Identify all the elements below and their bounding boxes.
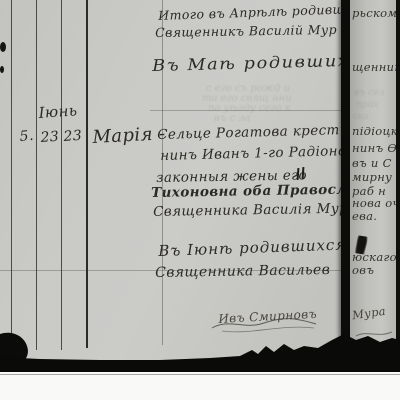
- right-page: рьскомъ п щенникъ въ сел прих ска підіоц…: [350, 0, 396, 372]
- june-heading: Въ Іюнѣ родившихся В: [158, 235, 343, 260]
- entry-text-line: Священника Василія Мурз: [153, 200, 343, 220]
- may-heading: Въ Маѣ родившихся: [152, 50, 343, 75]
- entry-text-line: Сельце Рогатова кресть: [157, 122, 343, 143]
- scanner-seam-line: [0, 374, 400, 375]
- column-rule-1: [11, 0, 12, 352]
- right-text-fragment: щенникъ: [352, 60, 396, 74]
- column-rule-4: [86, 0, 88, 348]
- right-text-fragment: нова оч: [352, 196, 396, 210]
- right-text-fragment: підіоцкій: [352, 124, 396, 138]
- edge-speck: [0, 66, 4, 73]
- book-gutter-shadow: [341, 0, 350, 372]
- metrical-book-scan: с его съ рожд и та его свящ нни по уѣзду…: [0, 0, 400, 400]
- right-text-fragment: въ и С: [352, 156, 392, 170]
- left-page: с его съ рожд и та его свящ нни по уѣзду…: [0, 0, 343, 372]
- right-text-fragment: ева.: [352, 209, 377, 223]
- entry-number-cell: 5.: [19, 128, 35, 145]
- scan-bottom-edge-band: [0, 328, 400, 374]
- bleed-through-line: ска: [353, 112, 369, 122]
- june-line-2: Священника Васильев: [155, 262, 330, 281]
- baptism-day-cell: 23: [63, 128, 83, 145]
- bleed-through-line: прих: [356, 100, 378, 110]
- name-cell: Марія -: [92, 123, 166, 148]
- scan-right-edge: [396, 0, 400, 370]
- right-text-fragment: мирну: [352, 170, 392, 184]
- right-text-fragment: овъ: [352, 263, 374, 277]
- bleed-through-line: въ с ла: [214, 113, 251, 124]
- april-summary-line: Итого въ Апрѣлѣ родившихся: [158, 0, 343, 23]
- right-signature-fragment: Мура: [351, 304, 386, 323]
- column-rule-3: [61, 0, 62, 350]
- column-rule-2: [36, 0, 37, 350]
- birth-day-cell: 23: [40, 129, 60, 146]
- edge-speck: [0, 42, 6, 52]
- bleed-through-line: въ сел: [354, 88, 384, 98]
- month-cell: Іюнь: [38, 101, 78, 122]
- entry-text-line: Тихоновна оба Православ: [151, 181, 343, 201]
- scanner-background: [0, 372, 400, 400]
- right-text-fragment: рьскомъ п: [352, 6, 396, 20]
- right-text-fragment: нинъ Ѳед: [352, 141, 396, 155]
- priest-signature-line: Священникъ Василій Мур: [155, 22, 337, 40]
- entry-text-line: нинъ Иванъ 1-го Радіоновъ: [160, 143, 343, 164]
